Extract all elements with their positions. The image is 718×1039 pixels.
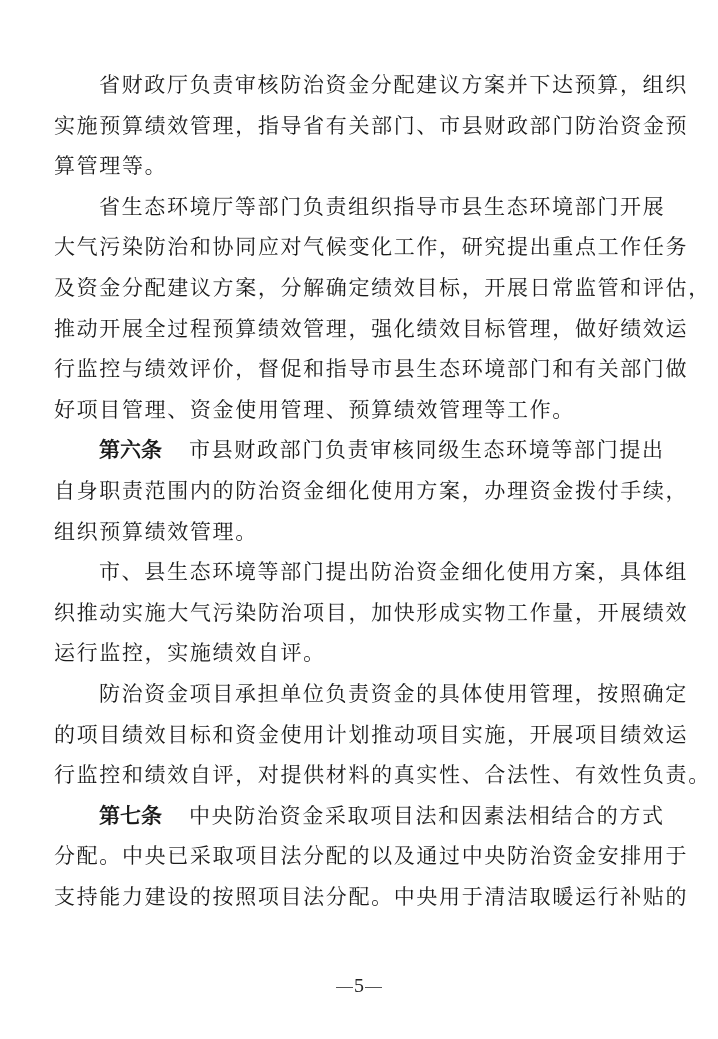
dash-left [336, 987, 353, 988]
text-line: 第六条市县财政部门负责审核同级生态环境等部门提出 [54, 430, 668, 471]
page-footer: 5 [0, 975, 718, 998]
text-line: 省财政厅负责审核防治资金分配建议方案并下达预算，组织 [54, 65, 668, 106]
paragraph: 省生态环境厅等部门负责组织指导市县生态环境部门开展 大气污染防治和协同应对气候变… [54, 187, 668, 431]
text-line: 的项目绩效目标和资金使用计划推动项目实施，开展项目绩效运 [54, 715, 668, 756]
text-line: 运行监控，实施绩效自评。 [54, 633, 668, 674]
text-line: 实施预算绩效管理，指导省有关部门、市县财政部门防治资金预 [54, 106, 668, 147]
text-line: 好项目管理、资金使用管理、预算绩效管理等工作。 [54, 390, 668, 431]
text-span: 中央防治资金采取项目法和因素法相结合的方式 [189, 804, 665, 828]
article-heading: 第六条 [99, 438, 162, 462]
text-line: 组织预算绩效管理。 [54, 512, 668, 553]
text-span: 市县财政部门负责审核同级生态环境等部门提出 [189, 438, 665, 462]
text-line: 织推动实施大气污染防治项目，加快形成实物工作量，开展绩效 [54, 593, 668, 634]
paragraph: 市、县生态环境等部门提出防治资金细化使用方案，具体组 织推动实施大气污染防治项目… [54, 552, 668, 674]
text-line: 第七条中央防治资金采取项目法和因素法相结合的方式 [54, 796, 668, 837]
text-line: 分配。中央已采取项目法分配的以及通过中央防治资金安排用于 [54, 836, 668, 877]
paragraph: 防治资金项目承担单位负责资金的具体使用管理，按照确定 的项目绩效目标和资金使用计… [54, 674, 668, 796]
article-6: 第六条市县财政部门负责审核同级生态环境等部门提出 自身职责范围内的防治资金细化使… [54, 430, 668, 552]
dash-right [365, 987, 382, 988]
text-line: 省生态环境厅等部门负责组织指导市县生态环境部门开展 [54, 187, 668, 228]
text-line: 行监控和绩效自评，对提供材料的真实性、合法性、有效性负责。 [54, 755, 668, 796]
text-line: 防治资金项目承担单位负责资金的具体使用管理，按照确定 [54, 674, 668, 715]
document-body: 省财政厅负责审核防治资金分配建议方案并下达预算，组织 实施预算绩效管理，指导省有… [54, 65, 668, 917]
text-line: 市、县生态环境等部门提出防治资金细化使用方案，具体组 [54, 552, 668, 593]
text-line: 及资金分配建议方案，分解确定绩效目标，开展日常监管和评估， [54, 268, 668, 309]
page-number: 5 [353, 975, 365, 998]
text-line: 大气污染防治和协同应对气候变化工作，研究提出重点工作任务 [54, 227, 668, 268]
article-7: 第七条中央防治资金采取项目法和因素法相结合的方式 分配。中央已采取项目法分配的以… [54, 796, 668, 918]
text-line: 推动开展全过程预算绩效管理，强化绩效目标管理，做好绩效运 [54, 309, 668, 350]
text-line: 自身职责范围内的防治资金细化使用方案，办理资金拨付手续， [54, 471, 668, 512]
text-line: 行监控与绩效评价，督促和指导市县生态环境部门和有关部门做 [54, 349, 668, 390]
text-line: 算管理等。 [54, 146, 668, 187]
article-heading: 第七条 [99, 804, 162, 828]
paragraph: 省财政厅负责审核防治资金分配建议方案并下达预算，组织 实施预算绩效管理，指导省有… [54, 65, 668, 187]
text-line: 支持能力建设的按照项目法分配。中央用于清洁取暖运行补贴的 [54, 877, 668, 918]
